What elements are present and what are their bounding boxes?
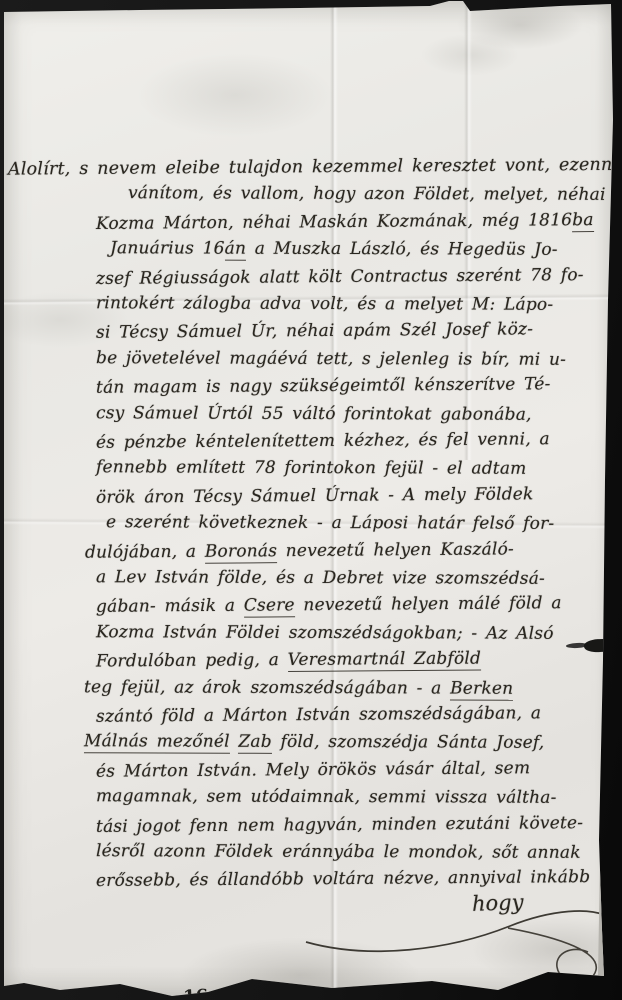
text-segment: fennebb említett 78 forintokon fejül - e… (96, 458, 527, 480)
text-segment: gában- másik a (96, 596, 244, 617)
text-segment: és pénzbe kéntelenítettem kézhez, és fel… (96, 429, 550, 453)
manuscript-line: vánítom, és vallom, hogy azon Földet, me… (128, 184, 606, 206)
text-segment: Fordulóban pedig, a (96, 650, 288, 672)
manuscript-line: zsef Régiusságok alatt költ Contractus s… (96, 265, 584, 289)
manuscript-line: Málnás mezőnél Zab föld, szomszédja Sánt… (84, 732, 544, 754)
text-segment: rintokért zálogba adva volt, és a melyet… (96, 293, 553, 315)
text-segment: szántó föld a Márton István szomszédságá… (96, 703, 541, 726)
scan-background: Alolírt, s nevem eleibe tulajdon kezemme… (0, 0, 622, 1000)
text-segment: dulójában, a (85, 541, 205, 562)
manuscript-line: tási jogot fenn nem hagyván, minden ezut… (96, 813, 583, 837)
ink-blot (584, 638, 618, 653)
text-segment: föld, szomszédja Sánta Josef, (272, 732, 545, 753)
manuscript-line: Alolírt, s nevem eleibe tulajdon kezemme… (8, 154, 622, 180)
underlined-phrase: Boronás (205, 541, 277, 564)
underlined-phrase: Málnás mezőnél (84, 732, 230, 755)
signature-flourish (300, 898, 622, 998)
text-segment: Kozma Márton, néhai Maskán Kozmának, még… (96, 210, 572, 234)
manuscript-line: és Márton István. Mely örökös vásár álta… (96, 758, 530, 782)
text-segment: Kozma István Földei szomszédságokban; - … (96, 622, 554, 644)
text-segment: erőssebb, és állandóbb voltára nézve, an… (96, 867, 590, 891)
underlined-phrase: Berken (450, 678, 513, 700)
text-segment: nevezetű helyen Kaszáló- (277, 539, 514, 561)
manuscript-line: teg fejül, az árok szomszédságában - a B… (84, 677, 513, 699)
text-segment: a Muszka László, és Hegedüs Jo- (246, 239, 558, 260)
underpage-edge-sliver (598, 858, 607, 978)
manuscript-line: örök áron Técsy Sámuel Úrnak - A mely Fö… (96, 484, 534, 508)
underlined-phrase: Veresmartnál Zabföld (288, 649, 482, 673)
text-segment: Alolírt, s nevem eleibe tulajdon kezemme… (8, 154, 622, 179)
manuscript-line: Kozma István Földei szomszédságokban; - … (96, 622, 554, 644)
text-segment: tán magam is nagy szükségeimtől kénszerí… (96, 374, 551, 398)
manuscript-line: a Lev István földe, és a Debret vize szo… (96, 567, 545, 589)
manuscript-text: Alolírt, s nevem eleibe tulajdon kezemme… (0, 0, 622, 1000)
manuscript-line: lésről azonn Földek eránnyába le mondok,… (96, 841, 581, 863)
underlined-phrase: Zab (238, 732, 272, 754)
manuscript-line: szántó föld a Márton István szomszédságá… (96, 703, 541, 727)
manuscript-line: be jövetelével magáévá tett, s jelenleg … (96, 348, 566, 370)
underlined-phrase: ba (572, 210, 594, 232)
manuscript-line: dulójában, a Boronás nevezetű helyen Kas… (85, 539, 514, 563)
manuscript-line: Kozma Márton, néhai Maskán Kozmának, még… (96, 210, 594, 234)
underlined-phrase: Csere (244, 596, 295, 618)
paper-sheet: Alolírt, s nevem eleibe tulajdon kezemme… (0, 0, 622, 1000)
text-segment: lésről azonn Földek eránnyába le mondok,… (96, 841, 581, 863)
text-segment: Januárius 16 (110, 238, 225, 258)
manuscript-line: és pénzbe kéntelenítettem kézhez, és fel… (96, 429, 550, 453)
manuscript-line: fennebb említett 78 forintokon fejül - e… (96, 458, 527, 480)
text-segment: magamnak, sem utódaimnak, semmi vissza v… (96, 786, 557, 808)
text-segment: zsef Régiusságok alatt költ Contractus s… (96, 265, 584, 289)
manuscript-line: rintokért zálogba adva volt, és a melyet… (96, 293, 553, 315)
text-segment: e szerént következnek - a Láposi határ f… (106, 512, 554, 534)
text-segment: a Lev István földe, és a Debret vize szo… (96, 567, 545, 589)
underlined-phrase: án (225, 239, 247, 261)
text-segment: vánítom, és vallom, hogy azon Földet, me… (128, 184, 606, 206)
manuscript-line: magamnak, sem utódaimnak, semmi vissza v… (96, 786, 557, 808)
text-segment: nevezetű helyen málé föld a (295, 594, 562, 616)
manuscript-line: gában- másik a Csere nevezetű helyen mál… (96, 594, 562, 618)
bottom-edge-page-mark: 16 (183, 987, 224, 1000)
text-segment: teg fejül, az árok szomszédságában - a (84, 677, 450, 698)
manuscript-line: si Técsy Sámuel Úr, néhai apám Szél Jose… (96, 320, 533, 344)
text-segment: si Técsy Sámuel Úr, néhai apám Szél Jose… (96, 320, 533, 343)
text-segment: csy Sámuel Úrtól 55 váltó forintokat gab… (96, 403, 532, 425)
text-segment: be jövetelével magáévá tett, s jelenleg … (96, 348, 566, 370)
manuscript-line: tán magam is nagy szükségeimtől kénszerí… (96, 374, 551, 398)
manuscript-line: Fordulóban pedig, a Veresmartnál Zabföld (96, 649, 481, 672)
text-segment: örök áron Técsy Sámuel Úrnak - A mely Fö… (96, 484, 534, 507)
manuscript-line: csy Sámuel Úrtól 55 váltó forintokat gab… (96, 403, 532, 425)
text-segment: és Márton István. Mely örökös vásár álta… (96, 758, 530, 781)
manuscript-line: Januárius 16án a Muszka László, és Heged… (110, 238, 558, 260)
manuscript-line: e szerént következnek - a Láposi határ f… (106, 512, 554, 534)
text-segment: tási jogot fenn nem hagyván, minden ezut… (96, 813, 583, 837)
manuscript-line: erőssebb, és állandóbb voltára nézve, an… (96, 867, 590, 891)
